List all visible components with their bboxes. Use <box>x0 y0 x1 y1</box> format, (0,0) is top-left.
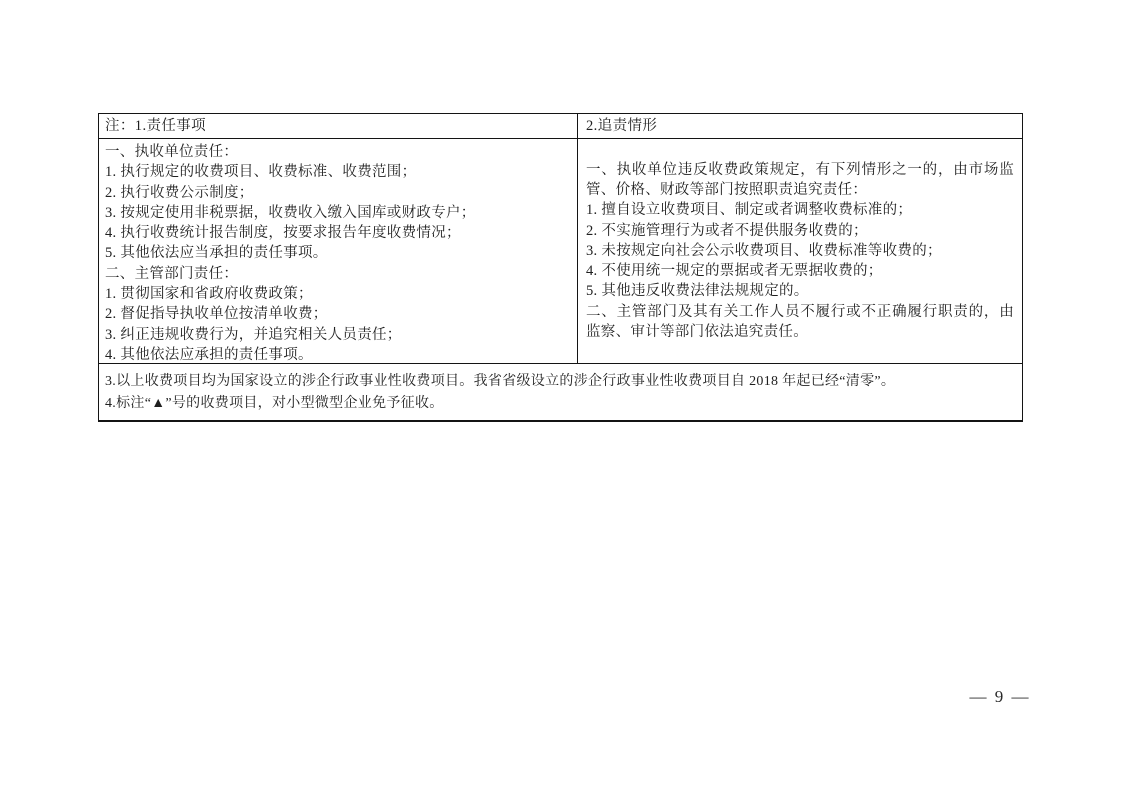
responsibility-line: 二、主管部门责任： <box>105 264 571 284</box>
footnote-line: 4.标注“▲”号的收费项目，对小型微型企业免予征收。 <box>105 393 1016 415</box>
responsibility-line: 2. 督促指导执收单位按清单收费； <box>105 304 571 324</box>
document-page: 注：1.责任事项 2.追责情形 一、执收单位责任： 1. 执行规定的收费项目、收… <box>0 0 1122 793</box>
accountability-line: 2. 不实施管理行为或者不提供服务收费的； <box>586 221 1014 241</box>
responsibility-line: 1. 贯彻国家和省政府收费政策； <box>105 284 571 304</box>
accountability-line: 二、主管部门及其有关工作人员不履行或不正确履行职责的，由监察、审计等部门依法追究… <box>586 302 1014 343</box>
responsibility-line: 3. 纠正违规收费行为，并追究相关人员责任； <box>105 325 571 345</box>
header-accountability-situations: 2.追责情形 <box>578 114 1022 138</box>
accountability-line: 4. 不使用统一规定的票据或者无票据收费的； <box>586 261 1014 281</box>
fee-responsibility-table: 注：1.责任事项 2.追责情形 一、执收单位责任： 1. 执行规定的收费项目、收… <box>98 113 1023 422</box>
accountability-cell: 一、执收单位违反收费政策规定，有下列情形之一的，由市场监管、价格、财政等部门按照… <box>578 139 1022 363</box>
table-footnotes: 3.以上收费项目均为国家设立的涉企行政事业性收费项目。我省省级设立的涉企行政事业… <box>99 364 1022 420</box>
responsibility-line: 一、执收单位责任： <box>105 142 571 162</box>
header-responsibility-items: 注：1.责任事项 <box>99 114 578 138</box>
accountability-line: 3. 未按规定向社会公示收费项目、收费标准等收费的； <box>586 241 1014 261</box>
responsibility-line: 2. 执行收费公示制度； <box>105 183 571 203</box>
responsibility-line: 1. 执行规定的收费项目、收费标准、收费范围； <box>105 162 571 182</box>
table-body-row: 一、执收单位责任： 1. 执行规定的收费项目、收费标准、收费范围； 2. 执行收… <box>99 139 1022 364</box>
accountability-line: 1. 擅自设立收费项目、制定或者调整收费标准的； <box>586 200 1014 220</box>
responsibility-line: 4. 其他依法应承担的责任事项。 <box>105 345 571 365</box>
table-header-row: 注：1.责任事项 2.追责情形 <box>99 114 1022 139</box>
footnote-line: 3.以上收费项目均为国家设立的涉企行政事业性收费项目。我省省级设立的涉企行政事业… <box>105 371 1016 393</box>
responsibility-cell: 一、执收单位责任： 1. 执行规定的收费项目、收费标准、收费范围； 2. 执行收… <box>99 139 578 363</box>
page-number: — 9 — <box>950 687 1050 707</box>
responsibility-line: 4. 执行收费统计报告制度，按要求报告年度收费情况； <box>105 223 571 243</box>
accountability-line: 5. 其他违反收费法律法规规定的。 <box>586 281 1014 301</box>
responsibility-line: 3. 按规定使用非税票据，收费收入缴入国库或财政专户； <box>105 203 571 223</box>
responsibility-line: 5. 其他依法应当承担的责任事项。 <box>105 243 571 263</box>
accountability-line: 一、执收单位违反收费政策规定，有下列情形之一的，由市场监管、价格、财政等部门按照… <box>586 160 1014 201</box>
